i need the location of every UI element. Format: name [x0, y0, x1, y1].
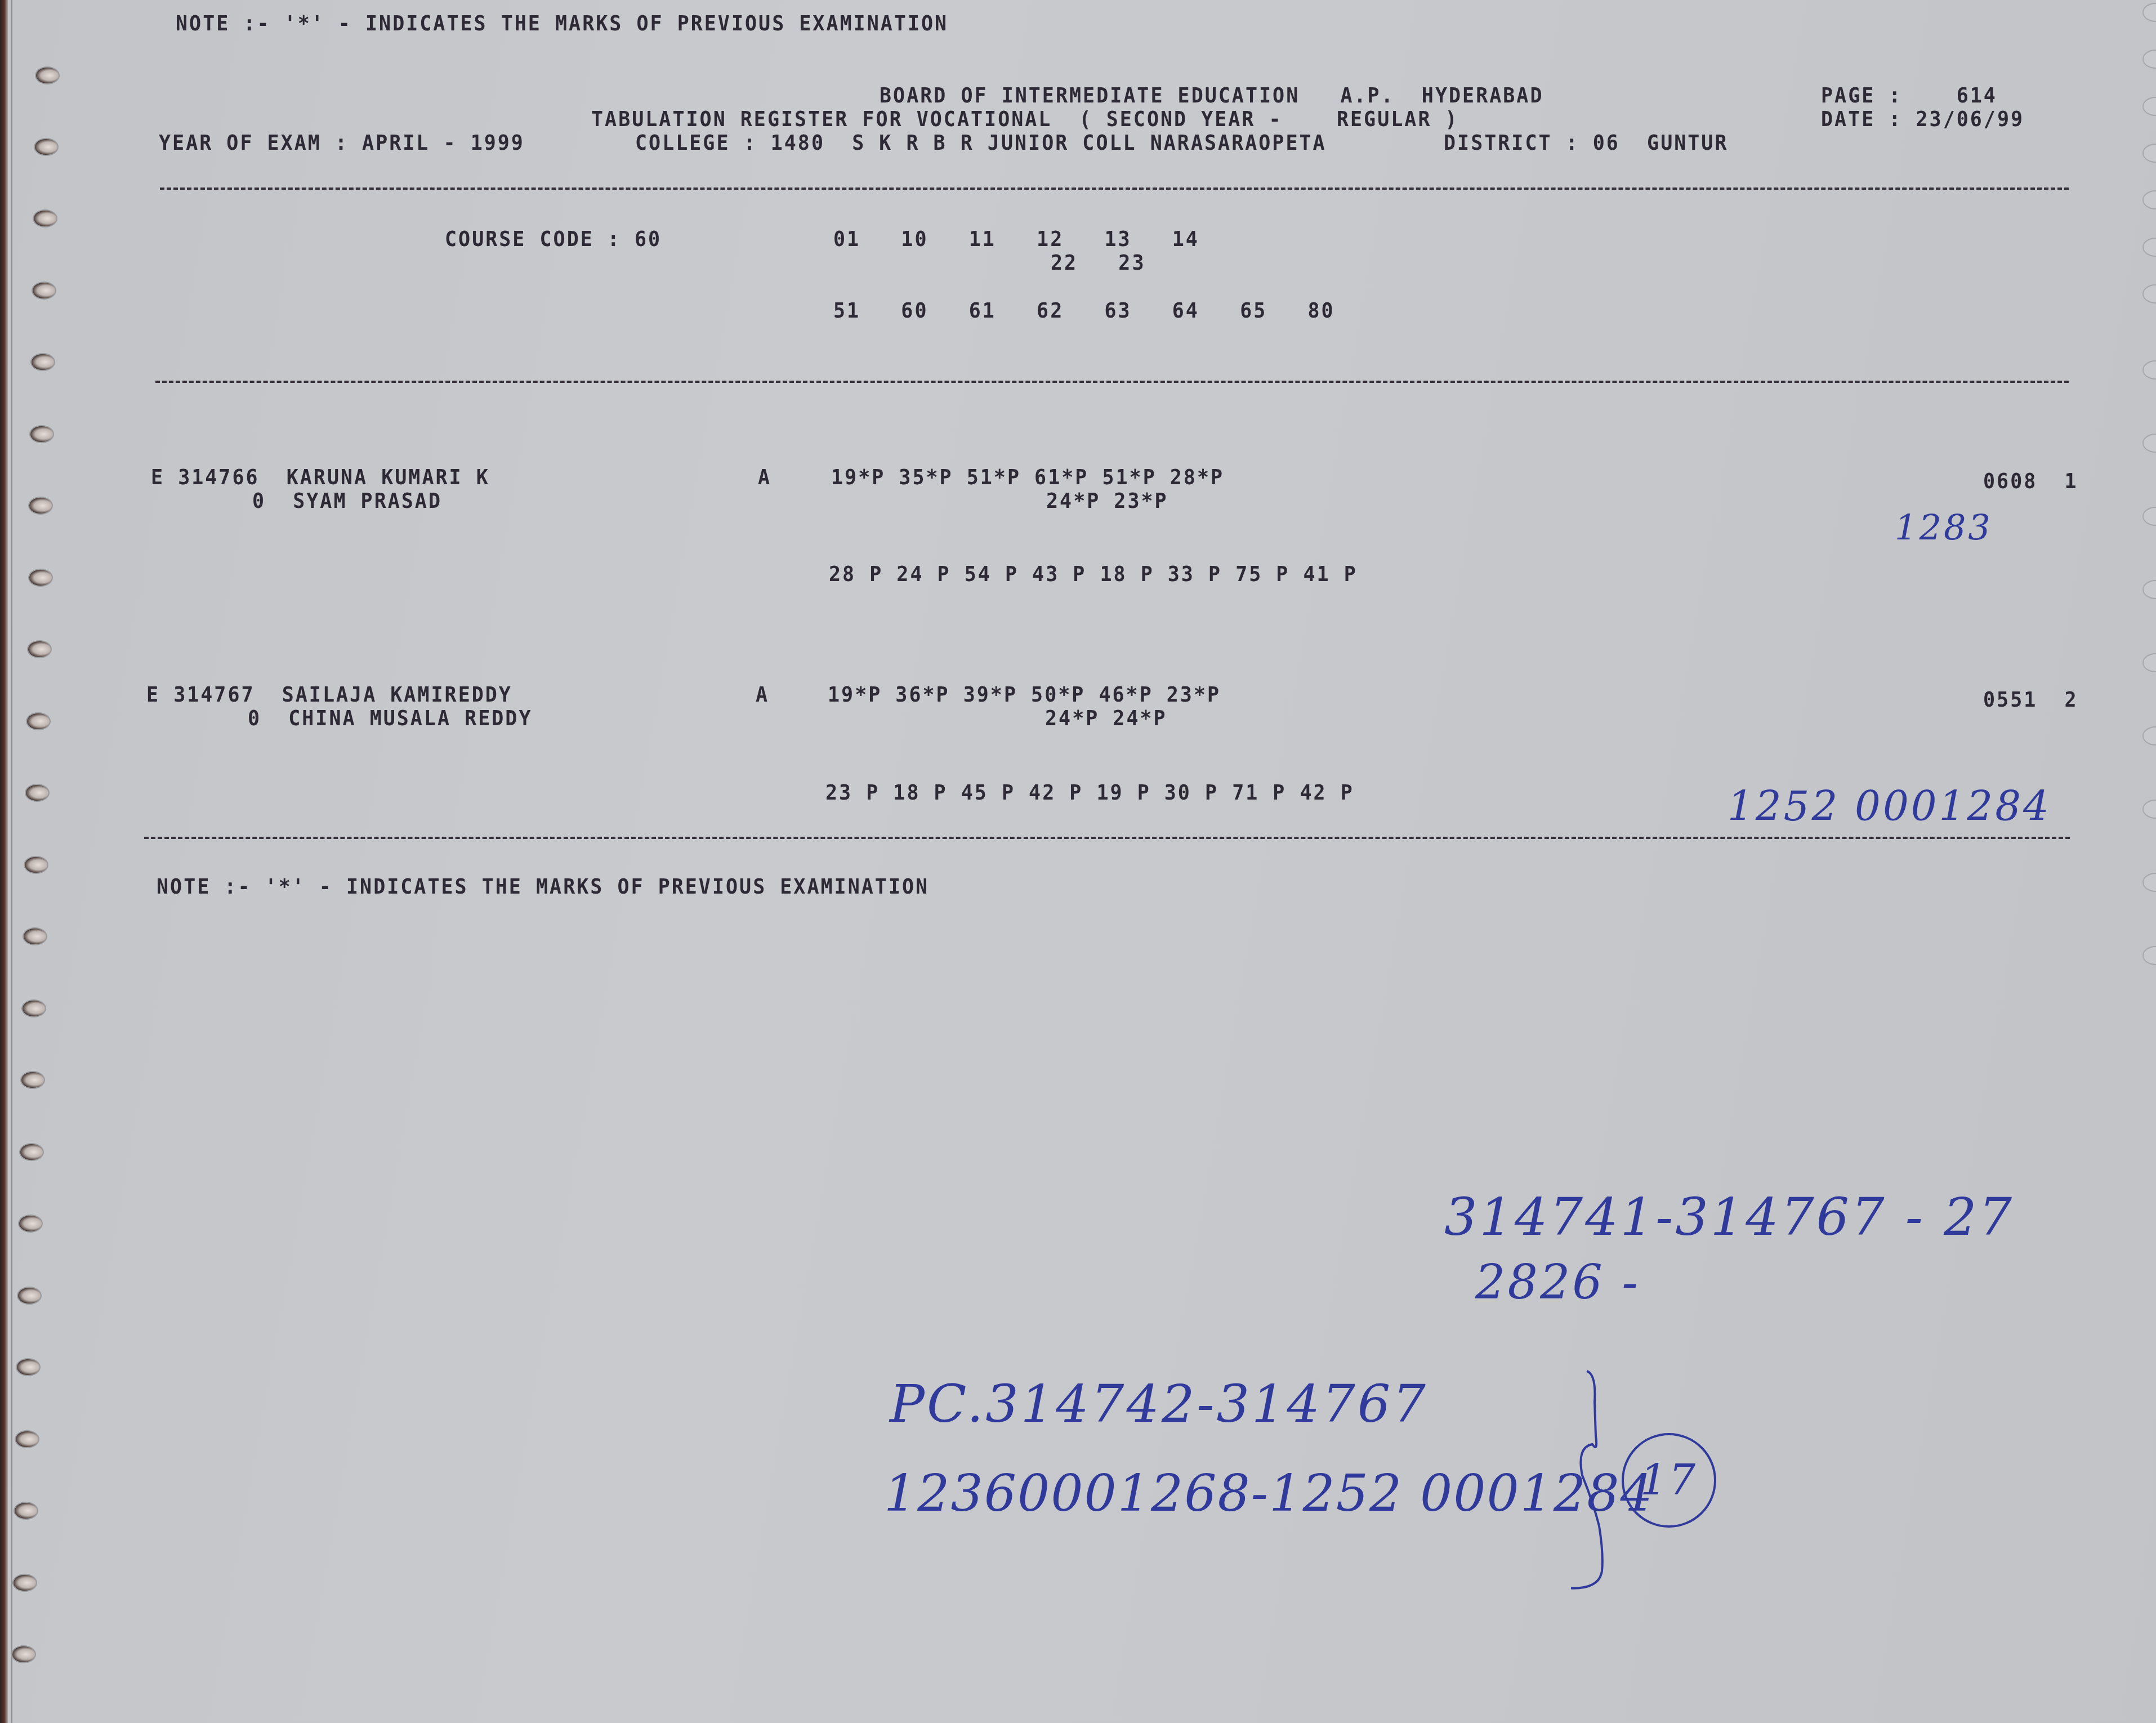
handwritten-annotation-1283: 1283 [1895, 507, 1993, 548]
board-title: BOARD OF INTERMEDIATE EDUCATION A.P. HYD… [880, 84, 1544, 108]
feed-hole-icon [25, 784, 50, 802]
feed-hole-icon [2142, 800, 2156, 819]
feed-hole-icon [2142, 873, 2156, 892]
curly-brace-icon [1571, 1368, 1616, 1593]
student-marks-row1b: 24*P 23*P [1046, 489, 1168, 513]
feed-hole-icon [15, 1430, 39, 1448]
note-top: NOTE :- '*' - INDICATES THE MARKS OF PRE… [176, 12, 948, 35]
separator-line [144, 837, 2070, 839]
district-info: DISTRICT : 06 GUNTUR [1444, 131, 1729, 155]
feed-hole-icon [17, 1287, 42, 1305]
feed-hole-icon [24, 856, 48, 874]
handwritten-count: 2826 - [1475, 1255, 1640, 1310]
circled-number-badge: 17 [1622, 1433, 1716, 1528]
feed-hole-icon [33, 209, 57, 227]
feed-hole-icon [32, 282, 56, 300]
feed-hole-icon [2142, 238, 2156, 257]
separator-line [160, 188, 2069, 190]
student-total-serial: 0608 1 [1983, 470, 2078, 493]
page-fold-line [11, 0, 12, 1723]
student-marks-row1: 19*P 36*P 39*P 50*P 46*P 23*P [828, 683, 1221, 707]
feed-hole-icon [19, 1143, 44, 1161]
handwritten-serial-number: 1252 0001284 [1728, 783, 2051, 830]
feed-hole-icon [2142, 97, 2156, 116]
feed-hole-icon [2142, 726, 2156, 746]
feed-hole-icon [11, 1645, 36, 1663]
feed-hole-icon [12, 1574, 37, 1592]
feed-hole-icon [29, 425, 54, 443]
print-date: DATE : 23/06/99 [1821, 108, 2024, 131]
feed-hole-icon [2142, 946, 2156, 965]
student-grade: A [756, 683, 769, 707]
year-of-exam: YEAR OF EXAM : APRIL - 1999 [159, 131, 525, 155]
feed-hole-icon [18, 1215, 43, 1233]
circled-number: 17 [1640, 1456, 1698, 1505]
feed-hole-icon [2142, 434, 2156, 453]
student-reg-name: E 314766 KARUNA KUMARI K [151, 466, 490, 489]
feed-hole-icon [21, 999, 46, 1017]
student-parent-name: 0 CHINA MUSALA REDDY [248, 707, 533, 730]
feed-hole-icon [14, 1502, 38, 1520]
feed-hole-icon [34, 138, 59, 156]
binding-edge [0, 0, 8, 1723]
feed-hole-icon [23, 927, 47, 945]
student-marks-row2: 28 P 24 P 54 P 43 P 18 P 33 P 75 P 41 P [829, 563, 1358, 586]
student-marks-row1b: 24*P 24*P [1045, 707, 1167, 730]
scanned-register-page: NOTE :- '*' - INDICATES THE MARKS OF PRE… [0, 0, 2156, 1723]
student-reg-name: E 314767 SAILAJA KAMIREDDY [146, 683, 512, 707]
feed-hole-icon [28, 497, 53, 515]
feed-hole-icon [30, 353, 55, 371]
feed-hole-icon [2142, 507, 2156, 526]
subject-codes-row2: 51 60 61 62 63 64 65 80 [833, 299, 1335, 323]
feed-hole-icon [2142, 284, 2156, 303]
feed-hole-icon [2142, 360, 2156, 380]
feed-hole-icon [16, 1358, 41, 1376]
feed-hole-icon [2142, 190, 2156, 209]
page-number: PAGE : 614 [1821, 84, 1997, 108]
student-marks-row1: 19*P 35*P 51*P 61*P 51*P 28*P [831, 466, 1224, 489]
college-info: COLLEGE : 1480 S K R B R JUNIOR COLL NAR… [635, 131, 1327, 155]
handwritten-serial-range: 12360001268-1252 0001284 [884, 1464, 1654, 1523]
note-bottom: NOTE :- '*' - INDICATES THE MARKS OF PRE… [157, 875, 929, 899]
feed-hole-icon [20, 1071, 45, 1089]
student-parent-name: 0 SYAM PRASAD [252, 489, 442, 513]
student-marks-row2: 23 P 18 P 45 P 42 P 19 P 30 P 71 P 42 P [825, 781, 1354, 805]
separator-line [155, 381, 2069, 383]
feed-hole-icon [27, 640, 52, 658]
student-grade: A [758, 466, 771, 489]
subject-codes-row1: 01 10 11 12 13 14 [833, 227, 1199, 251]
feed-hole-icon [26, 712, 51, 730]
feed-hole-icon [2142, 3, 2156, 22]
feed-hole-icon [35, 66, 60, 84]
course-code: COURSE CODE : 60 [445, 227, 662, 251]
feed-hole-icon [2142, 144, 2156, 163]
feed-hole-icon [2142, 580, 2156, 599]
register-title: TABULATION REGISTER FOR VOCATIONAL ( SEC… [591, 108, 1459, 131]
subject-codes-row1b: 22 23 [1051, 251, 1146, 275]
student-total-serial: 0551 2 [1983, 688, 2078, 712]
feed-hole-icon [2142, 50, 2156, 69]
handwritten-pc-range: PC.314742-314767 [890, 1374, 1428, 1434]
feed-hole-icon [2142, 653, 2156, 672]
handwritten-roll-range: 314741-314767 - 27 [1444, 1187, 2014, 1247]
feed-hole-icon [28, 569, 53, 587]
